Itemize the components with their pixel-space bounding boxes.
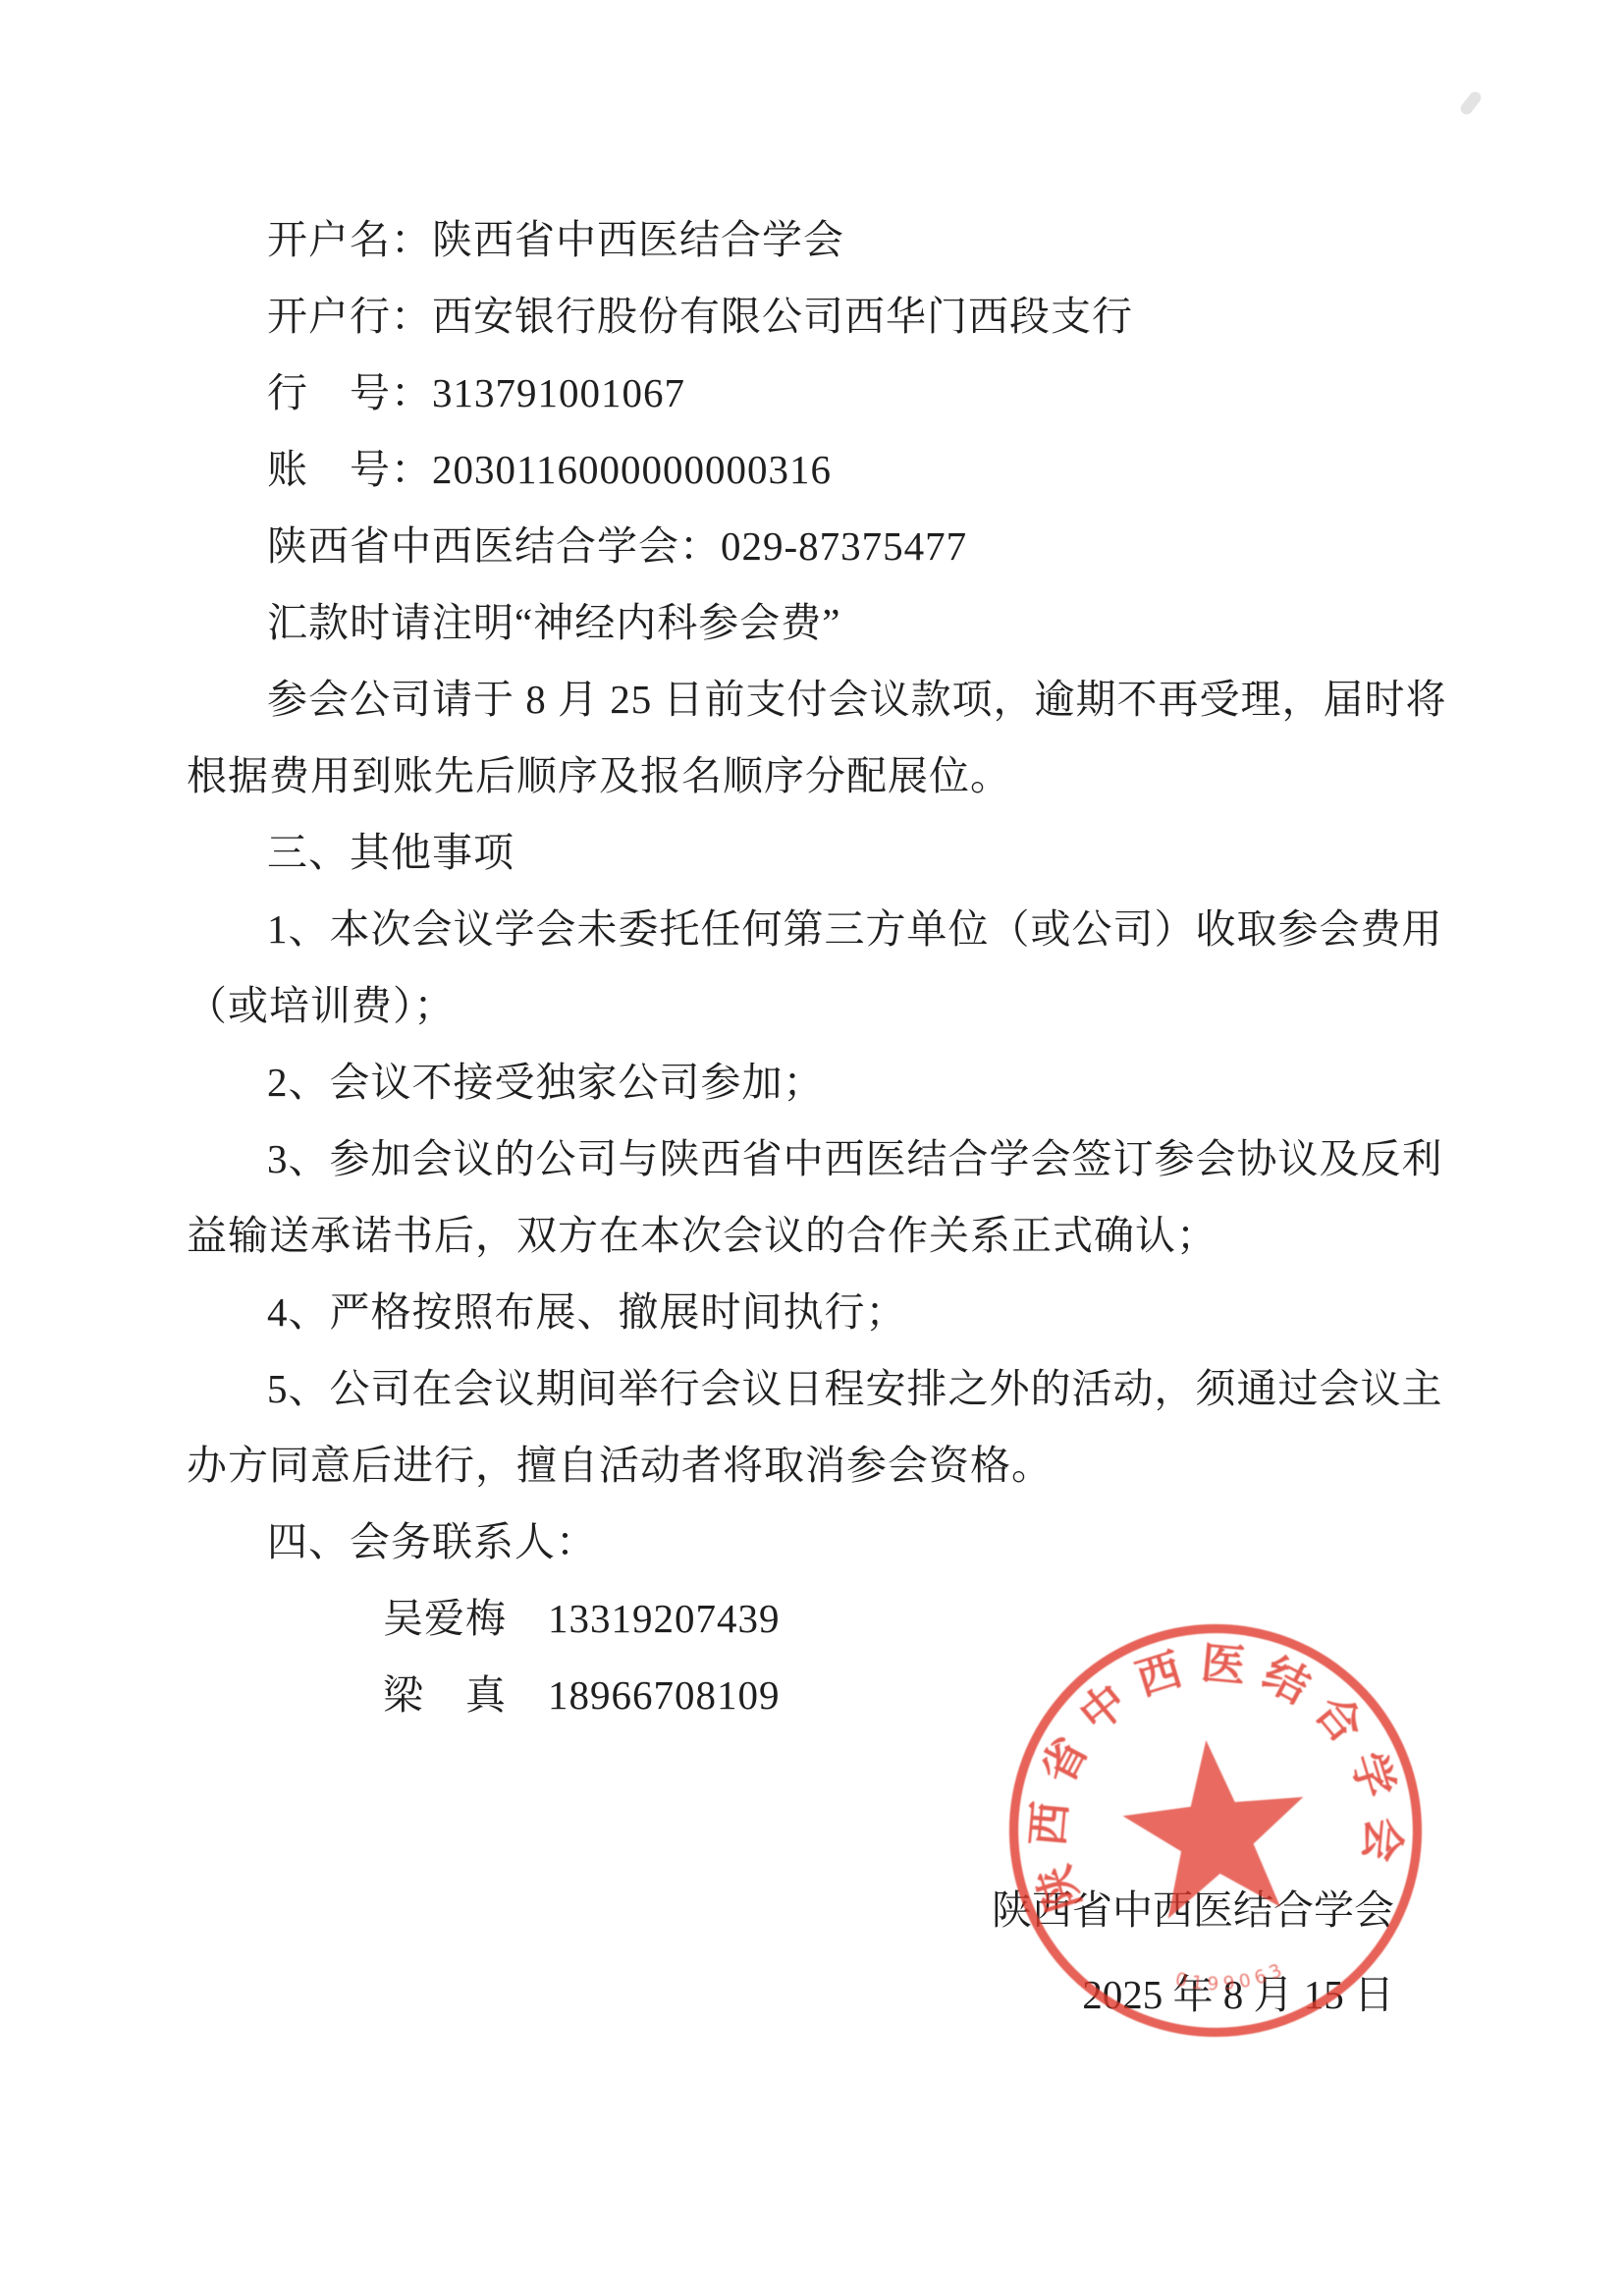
text-line: 2、会议不接受独家公司参加； <box>187 1044 1394 1121</box>
text-line: 根据费用到账先后顺序及报名顺序分配展位。 <box>187 738 1394 814</box>
scanned-document-page: 开户名：陕西省中西医结合学会开户行：西安银行股份有限公司西华门西段支行行 号：3… <box>0 0 1623 2296</box>
text-line: 1、本次会议学会未委托任何第三方单位（或公司）收取参会费用 <box>187 891 1394 967</box>
signature-org-name: 陕西省中西医结合学会 <box>187 1878 1394 1936</box>
text-line: 三、其他事项 <box>187 814 1394 891</box>
text-line: 开户行：西安银行股份有限公司西华门西段支行 <box>187 278 1394 355</box>
document-body: 开户名：陕西省中西医结合学会开户行：西安银行股份有限公司西华门西段支行行 号：3… <box>187 201 1394 1733</box>
scan-artifact <box>1458 89 1483 117</box>
text-line: 四、会务联系人： <box>187 1503 1394 1580</box>
text-line: 开户名：陕西省中西医结合学会 <box>187 201 1394 278</box>
text-line: 3、参加会议的公司与陕西省中西医结合学会签订参会协议及反利 <box>187 1121 1394 1197</box>
text-line: 5、公司在会议期间举行会议日程安排之外的活动，须通过会议主 <box>187 1350 1394 1427</box>
text-line: 汇款时请注明“神经内科参会费” <box>187 584 1394 661</box>
text-line: 参会公司请于 8 月 25 日前支付会议款项，逾期不再受理，届时将 <box>187 661 1394 738</box>
signature-date: 2025 年 8 月 15 日 <box>187 1962 1394 2020</box>
text-line: 益输送承诺书后，双方在本次会议的合作关系正式确认； <box>187 1197 1394 1274</box>
text-line: 行 号：313791001067 <box>187 355 1394 431</box>
text-line: 账 号：2030116000000000316 <box>187 431 1394 508</box>
text-line: 办方同意后进行，擅自活动者将取消参会资格。 <box>187 1427 1394 1503</box>
text-line: 梁 真 18966708109 <box>187 1657 1394 1733</box>
text-line: 吴爱梅 13319207439 <box>187 1580 1394 1657</box>
text-line: （或培训费）； <box>187 967 1394 1044</box>
text-line: 4、严格按照布展、撤展时间执行； <box>187 1274 1394 1350</box>
text-line: 陕西省中西医结合学会：029-87375477 <box>187 508 1394 584</box>
